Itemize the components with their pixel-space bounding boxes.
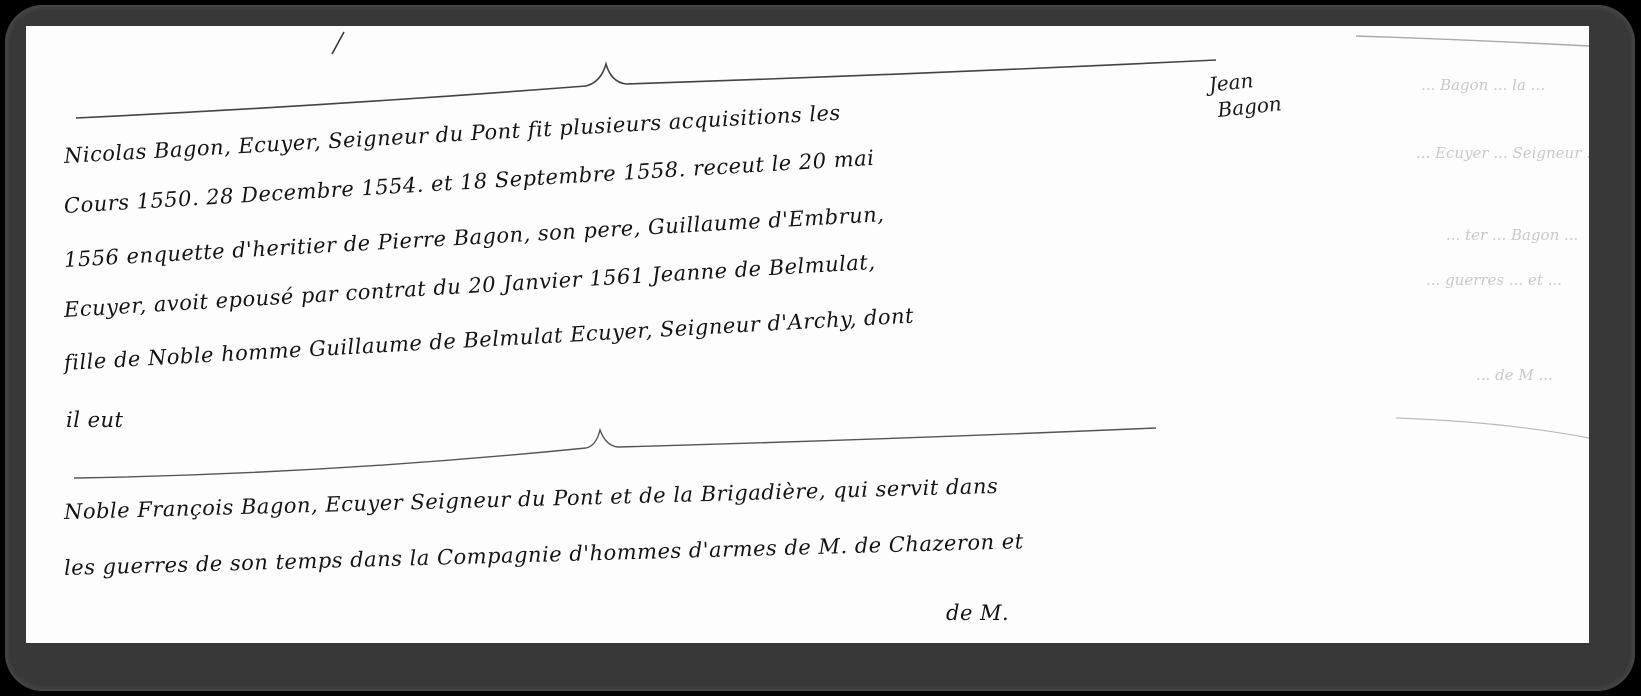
faint-line: ... guerres ... et ... [1426,271,1562,289]
faint-line: ... de M ... [1476,366,1553,384]
margin-note: Jean Bagon [1207,64,1282,123]
manuscript-page: Jean Bagon Nicolas Bagon, Ecuyer, Seigne… [26,26,1589,643]
faint-line: ... ter ... Bagon ... [1446,226,1578,244]
faint-line: ... Bagon ... la ... [1421,76,1545,94]
faint-line: ... Ecuyer ... Seigneur ... [1416,144,1589,162]
entry-2-line-3: de M. [946,601,1009,625]
entry-1-line-6: il eut [66,408,124,432]
